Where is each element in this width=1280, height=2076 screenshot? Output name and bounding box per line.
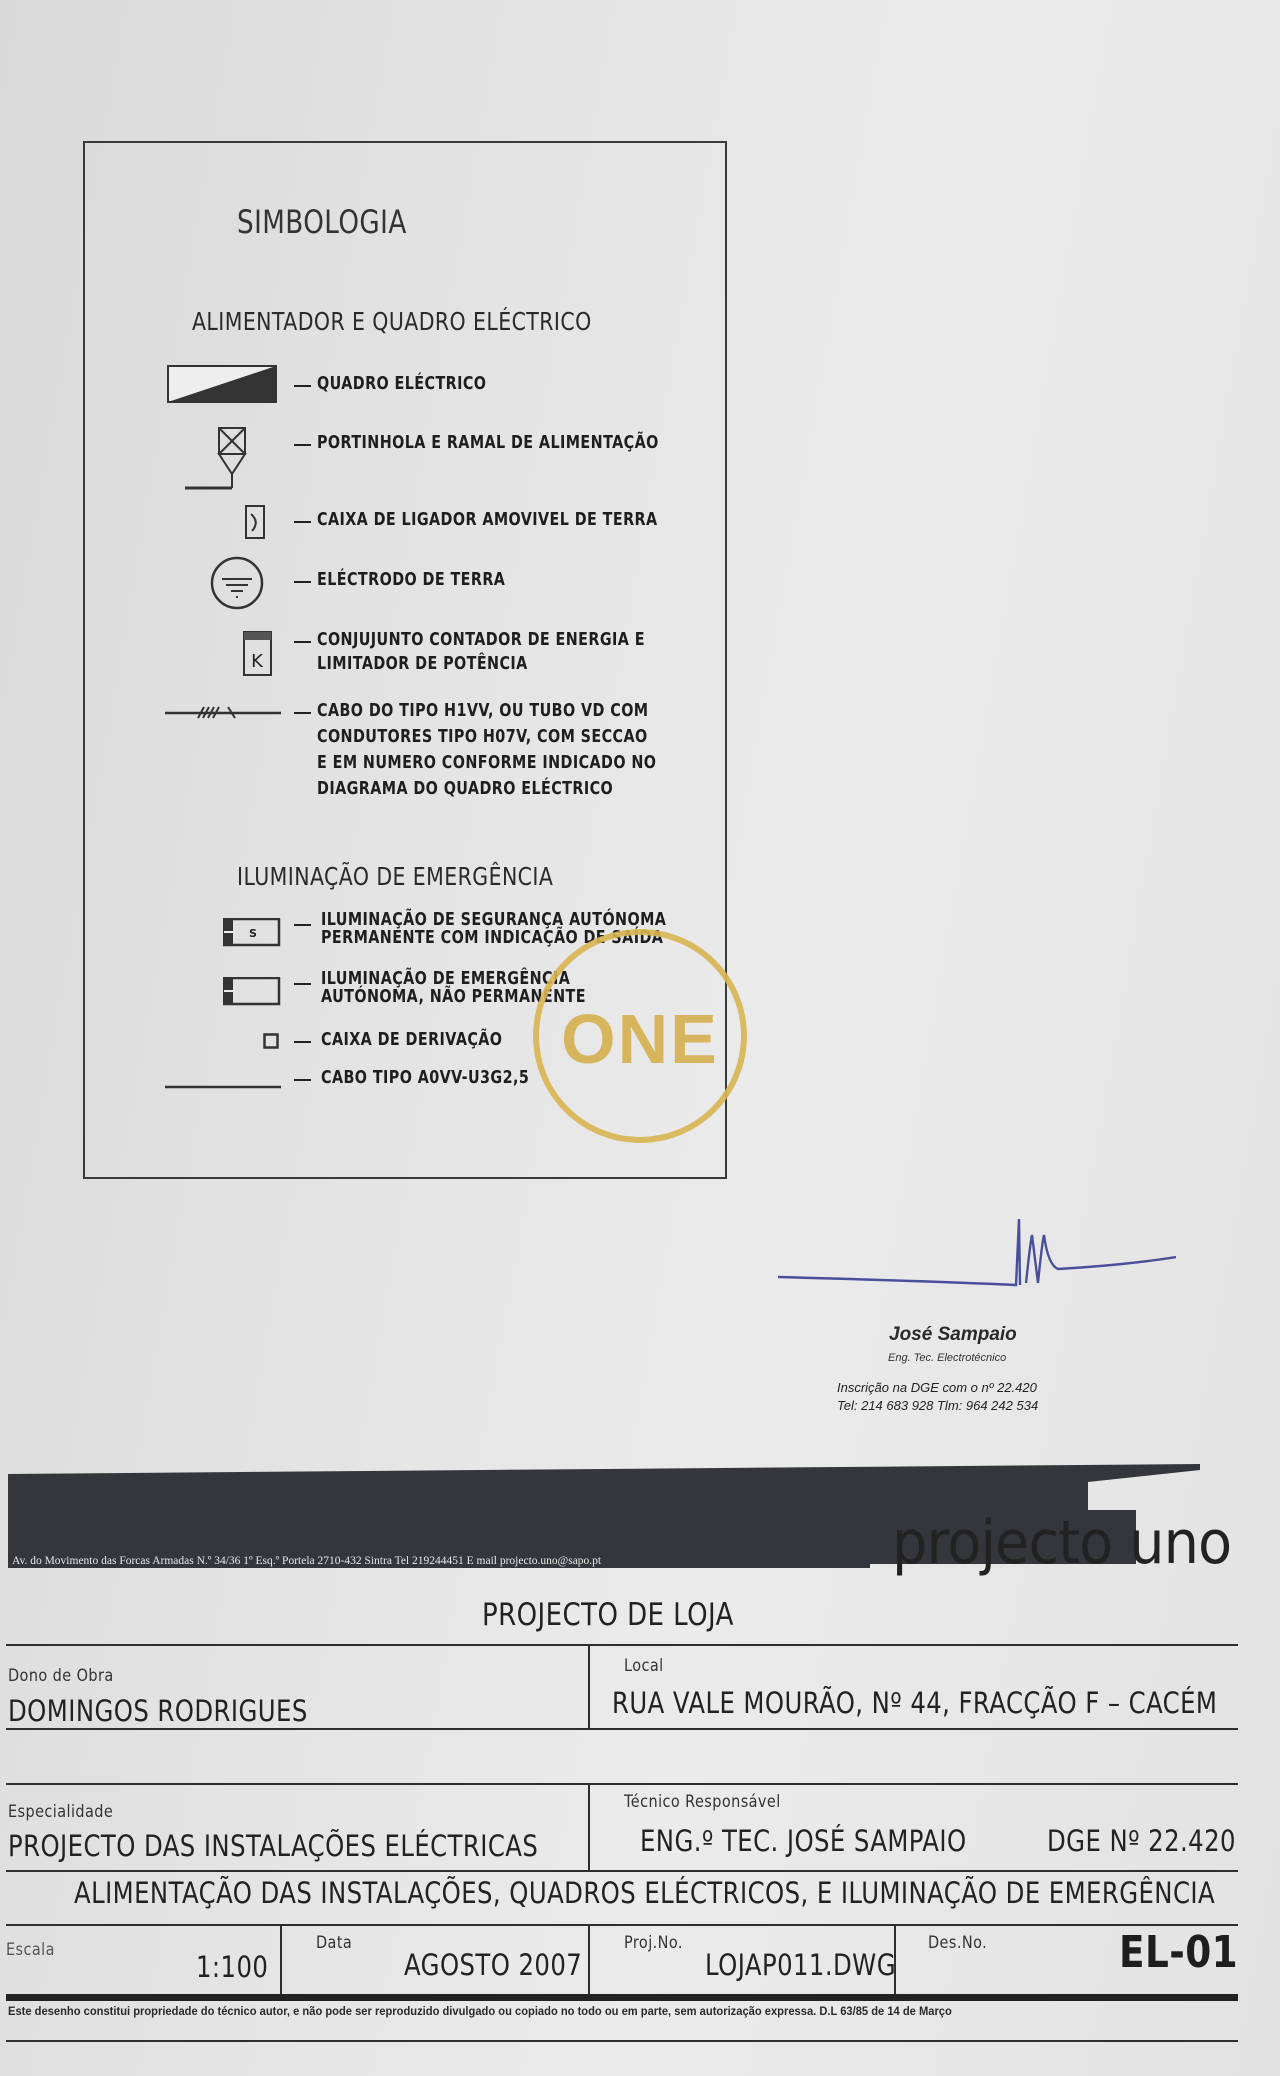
rule	[6, 1783, 1238, 1785]
rule	[6, 1728, 1238, 1730]
signer-name: José Sampaio	[889, 1324, 1017, 1346]
signer-registration: Inscrição na DGE com o nº 22.420	[837, 1380, 1037, 1395]
legend-item-label: DIAGRAMA DO QUADRO ELÉCTRICO	[317, 777, 613, 802]
dash	[294, 1079, 311, 1081]
watermark-stamp: ONE	[533, 929, 747, 1143]
cable-conductors-icon	[163, 703, 283, 728]
copyright-notice: Este desenho constitui propriedade do té…	[8, 2006, 952, 2018]
drawing-no-label: Des.No.	[928, 1933, 987, 1953]
signer-role: Eng. Tec. Electrotécnico	[888, 1352, 1006, 1364]
meter-limiter-icon: K	[243, 631, 273, 682]
date-label: Data	[316, 1933, 352, 1953]
dash	[294, 641, 311, 643]
drawing-no-value: EL-01	[1119, 1927, 1238, 1978]
section-title-emergency: ILUMINAÇÃO DE EMERGÊNCIA	[237, 862, 553, 891]
owner-label: Dono de Obra	[8, 1666, 114, 1686]
rule	[588, 1783, 590, 1870]
earth-electrode-icon	[210, 556, 266, 617]
specialty-label: Especialidade	[8, 1802, 113, 1822]
location-label: Local	[624, 1656, 664, 1676]
dash	[294, 521, 311, 523]
stamp-text: ONE	[539, 999, 741, 1079]
signer-phones: Tel: 214 683 928 Tlm: 964 242 534	[837, 1398, 1038, 1413]
exit-safety-light-icon: S	[223, 918, 283, 953]
legend-item-label: ELÉCTRODO DE TERRA	[317, 568, 505, 593]
legend-item-label: LIMITADOR DE POTÊNCIA	[317, 652, 528, 677]
legend-title: SIMBOLOGIA	[237, 203, 407, 241]
rule	[588, 1644, 590, 1728]
dash	[294, 983, 311, 985]
legend-item-label: ILUMINAÇÃO DE EMERGÊNCIA	[321, 970, 570, 988]
project-no-value: LOJAP011.DWG	[705, 1948, 896, 1982]
specialty-value: PROJECTO DAS INSTALAÇÕES ELÉCTRICAS	[8, 1829, 538, 1863]
legend-item-label: CONJUJUNTO CONTADOR DE ENERGIA E	[317, 628, 645, 653]
cable-line-icon	[163, 1077, 283, 1095]
dash	[294, 444, 311, 446]
dash	[294, 385, 311, 387]
signature-scribble	[776, 1205, 1176, 1300]
legend-item-label: CABO DO TIPO H1VV, OU TUBO VD COM	[317, 699, 648, 724]
dge-number: DGE Nº 22.420	[1047, 1824, 1236, 1858]
owner-value: DOMINGOS RODRIGUES	[8, 1694, 308, 1728]
earth-link-box-icon	[245, 505, 267, 546]
drawing-title: ALIMENTAÇÃO DAS INSTALAÇÕES, QUADROS ELÉ…	[74, 1876, 1215, 1910]
rule	[6, 1870, 1238, 1872]
date-value: AGOSTO 2007	[404, 1948, 582, 1982]
technician-value: ENG.º TEC. JOSÉ SAMPAIO	[640, 1824, 967, 1858]
junction-box-icon	[263, 1033, 281, 1056]
electrical-panel-icon	[167, 365, 277, 408]
location-value: RUA VALE MOURÃO, Nº 44, FRACÇÃO F – CACÉ…	[612, 1686, 1217, 1720]
project-no-label: Proj.No.	[624, 1933, 683, 1953]
company-address: Av. do Movimento das Forcas Armadas N.º …	[12, 1555, 601, 1567]
dash	[294, 581, 311, 583]
section-title-feeder: ALIMENTADOR E QUADRO ELÉCTRICO	[192, 307, 592, 336]
svg-text:S: S	[249, 927, 257, 940]
legend-item-label: CABO TIPO A0VV-U3G2,5	[321, 1066, 529, 1091]
emergency-light-icon	[223, 977, 283, 1012]
scale-label: Escala	[6, 1940, 55, 1960]
legend-item-label: CONDUTORES TIPO H07V, COM SECCAO	[317, 725, 648, 750]
rule	[6, 1924, 1238, 1926]
rule	[280, 1924, 282, 1994]
rule-thick	[6, 1994, 1238, 2001]
technician-label: Técnico Responsável	[624, 1792, 781, 1812]
legend-item-label: E EM NUMERO CONFORME INDICADO NO	[317, 751, 656, 776]
legend-item-label: CAIXA DE LIGADOR AMOVIVEL DE TERRA	[317, 508, 658, 533]
legend-item-label: QUADRO ELÉCTRICO	[317, 372, 486, 397]
company-logo-text: projecto uno	[892, 1508, 1231, 1578]
svg-text:K: K	[251, 651, 264, 672]
rule	[6, 2040, 1238, 2042]
dash	[294, 924, 311, 926]
scale-value: 1:100	[196, 1950, 268, 1984]
legend-item-label: PORTINHOLA E RAMAL DE ALIMENTAÇÃO	[317, 431, 659, 456]
project-title: PROJECTO DE LOJA	[482, 1597, 734, 1633]
dash	[294, 1041, 311, 1043]
rule	[6, 1644, 1238, 1646]
service-entrance-icon	[181, 426, 251, 501]
legend-item-label: CAIXA DE DERIVAÇÃO	[321, 1028, 502, 1053]
legend-item-label: ILUMINAÇÃO DE SEGURANÇA AUTÓNOMA	[321, 911, 666, 929]
dash	[294, 712, 311, 714]
rule	[588, 1924, 590, 1994]
